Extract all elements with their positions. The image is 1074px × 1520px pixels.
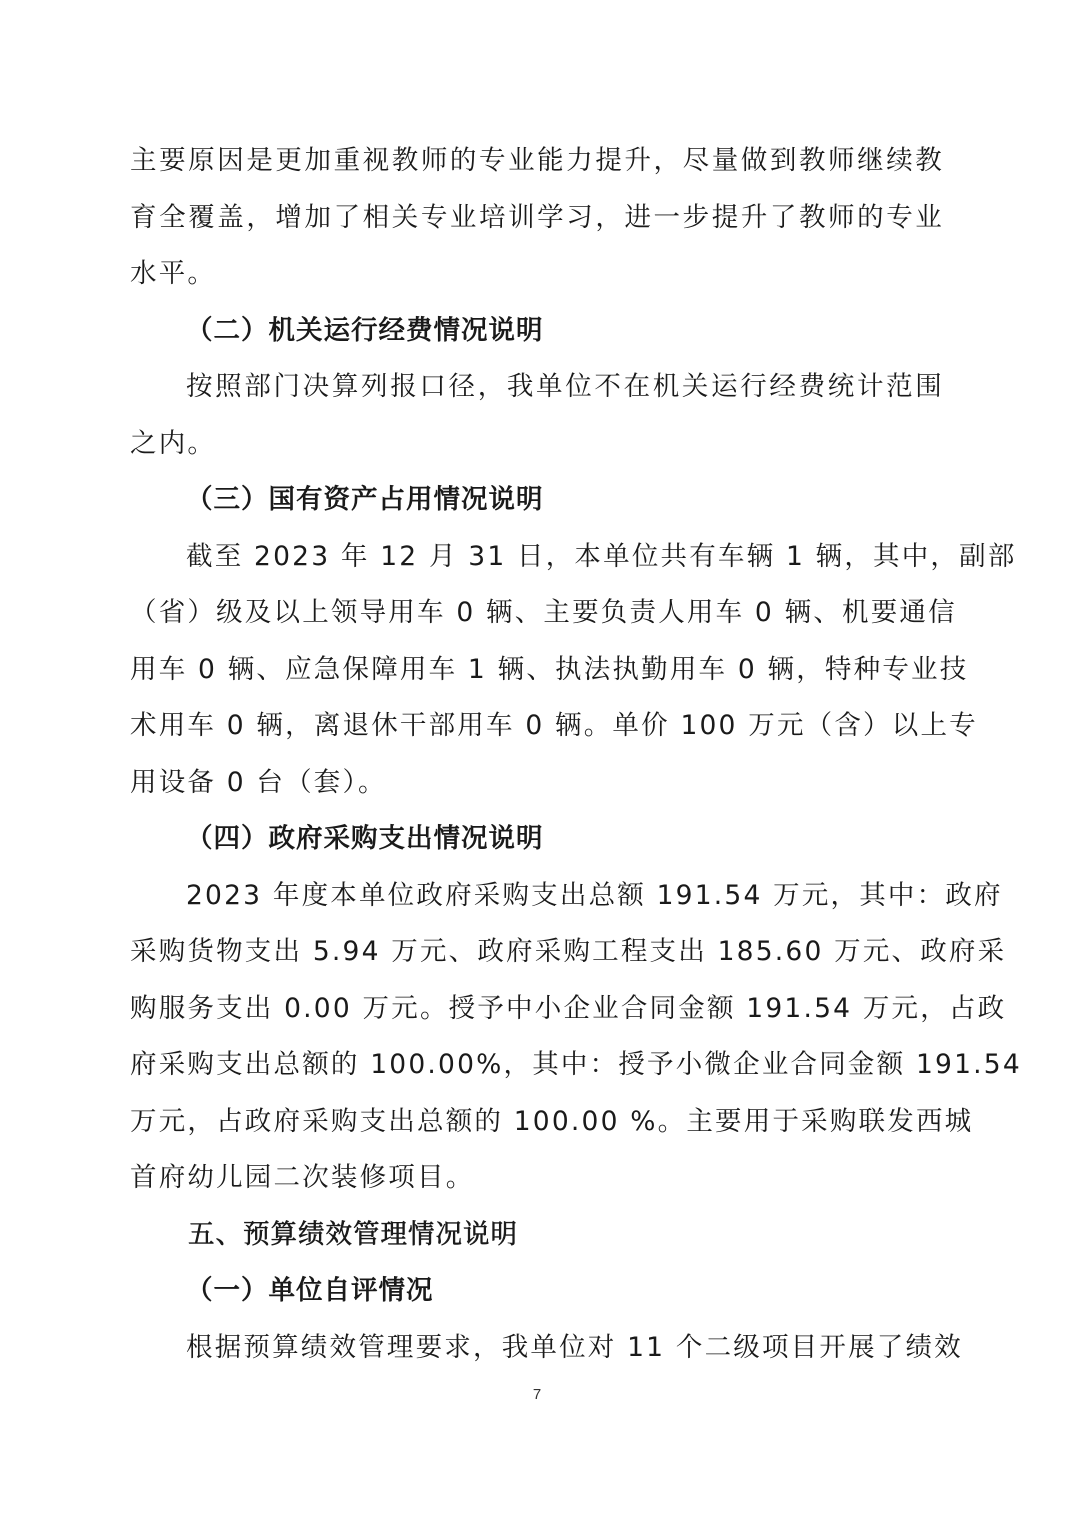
paragraph-line: 育全覆盖，增加了相关专业培训学习，进一步提升了教师的专业 xyxy=(130,190,944,247)
paragraph-line: 用车 0 辆、应急保障用车 1 辆、执法执勤用车 0 辆，特种专业技 xyxy=(130,642,944,699)
subheading-state-assets: （三）国有资产占用情况说明 xyxy=(130,472,944,529)
document-page: 主要原因是更加重视教师的专业能力提升，尽量做到教师继续教 育全覆盖，增加了相关专… xyxy=(130,133,944,1376)
paragraph-line: 术用车 0 辆，离退休干部用车 0 辆。单价 100 万元（含）以上专 xyxy=(130,698,944,755)
subheading-self-evaluation: （一）单位自评情况 xyxy=(130,1263,944,1320)
section-heading-performance-mgmt: 五、预算绩效管理情况说明 xyxy=(130,1207,944,1264)
subheading-admin-operating-costs: （二）机关运行经费情况说明 xyxy=(130,303,944,360)
paragraph-line: 购服务支出 0.00 万元。授予中小企业合同金额 191.54 万元，占政 xyxy=(130,981,944,1038)
paragraph-line: （省）级及以上领导用车 0 辆、主要负责人用车 0 辆、机要通信 xyxy=(130,585,944,642)
page-number: 7 xyxy=(0,1386,1074,1403)
paragraph-line: 水平。 xyxy=(130,246,944,303)
subheading-gov-procurement: （四）政府采购支出情况说明 xyxy=(130,811,944,868)
paragraph-line: 2023 年度本单位政府采购支出总额 191.54 万元，其中：政府 xyxy=(130,868,944,925)
paragraph-line: 根据预算绩效管理要求，我单位对 11 个二级项目开展了绩效 xyxy=(130,1320,944,1377)
paragraph-line: 首府幼儿园二次装修项目。 xyxy=(130,1150,944,1207)
paragraph-line: 采购货物支出 5.94 万元、政府采购工程支出 185.60 万元、政府采 xyxy=(130,924,944,981)
paragraph-line: 府采购支出总额的 100.00%，其中：授予小微企业合同金额 191.54 xyxy=(130,1037,944,1094)
paragraph-line: 用设备 0 台（套）。 xyxy=(130,755,944,812)
paragraph-line: 截至 2023 年 12 月 31 日，本单位共有车辆 1 辆，其中，副部 xyxy=(130,529,944,586)
paragraph-line: 按照部门决算列报口径，我单位不在机关运行经费统计范围 xyxy=(130,359,944,416)
paragraph-line: 主要原因是更加重视教师的专业能力提升，尽量做到教师继续教 xyxy=(130,133,944,190)
paragraph-line: 之内。 xyxy=(130,416,944,473)
paragraph-line: 万元，占政府采购支出总额的 100.00 %。主要用于采购联发西城 xyxy=(130,1094,944,1151)
